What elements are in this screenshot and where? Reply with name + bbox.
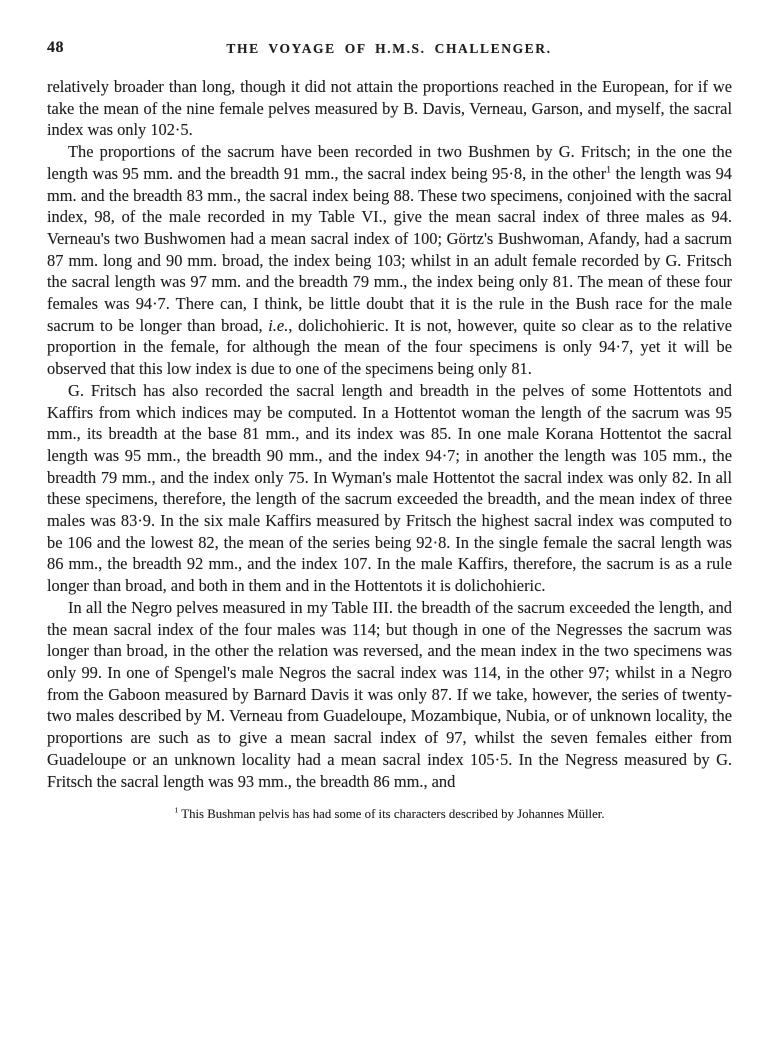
body-text: relatively broader than long, though it …: [47, 76, 732, 822]
paragraph: In all the Negro pelves measured in my T…: [47, 597, 732, 792]
paragraph: relatively broader than long, though it …: [47, 76, 732, 141]
text-segment: In all the Negro pelves measured in my T…: [47, 598, 732, 791]
text-segment: i.e.: [268, 316, 288, 335]
paragraph: G. Fritsch has also recorded the sacral …: [47, 380, 732, 597]
running-title: THE VOYAGE OF H.M.S. CHALLENGER.: [47, 38, 731, 57]
page-number: 48: [47, 39, 64, 57]
text-segment: This Bushman pelvis has had some of its …: [178, 807, 604, 821]
scanned-book-page: 48 THE VOYAGE OF H.M.S. CHALLENGER. rela…: [0, 0, 776, 1050]
paragraph: The proportions of the sacrum have been …: [47, 141, 732, 380]
page-header: 48 THE VOYAGE OF H.M.S. CHALLENGER.: [47, 38, 731, 60]
text-segment: the length was 94 mm. and the breadth 83…: [47, 164, 732, 335]
footnote: 1 This Bushman pelvis has had some of it…: [47, 806, 732, 822]
text-segment: relatively broader than long, though it …: [47, 77, 732, 139]
text-segment: G. Fritsch has also recorded the sacral …: [47, 381, 732, 595]
